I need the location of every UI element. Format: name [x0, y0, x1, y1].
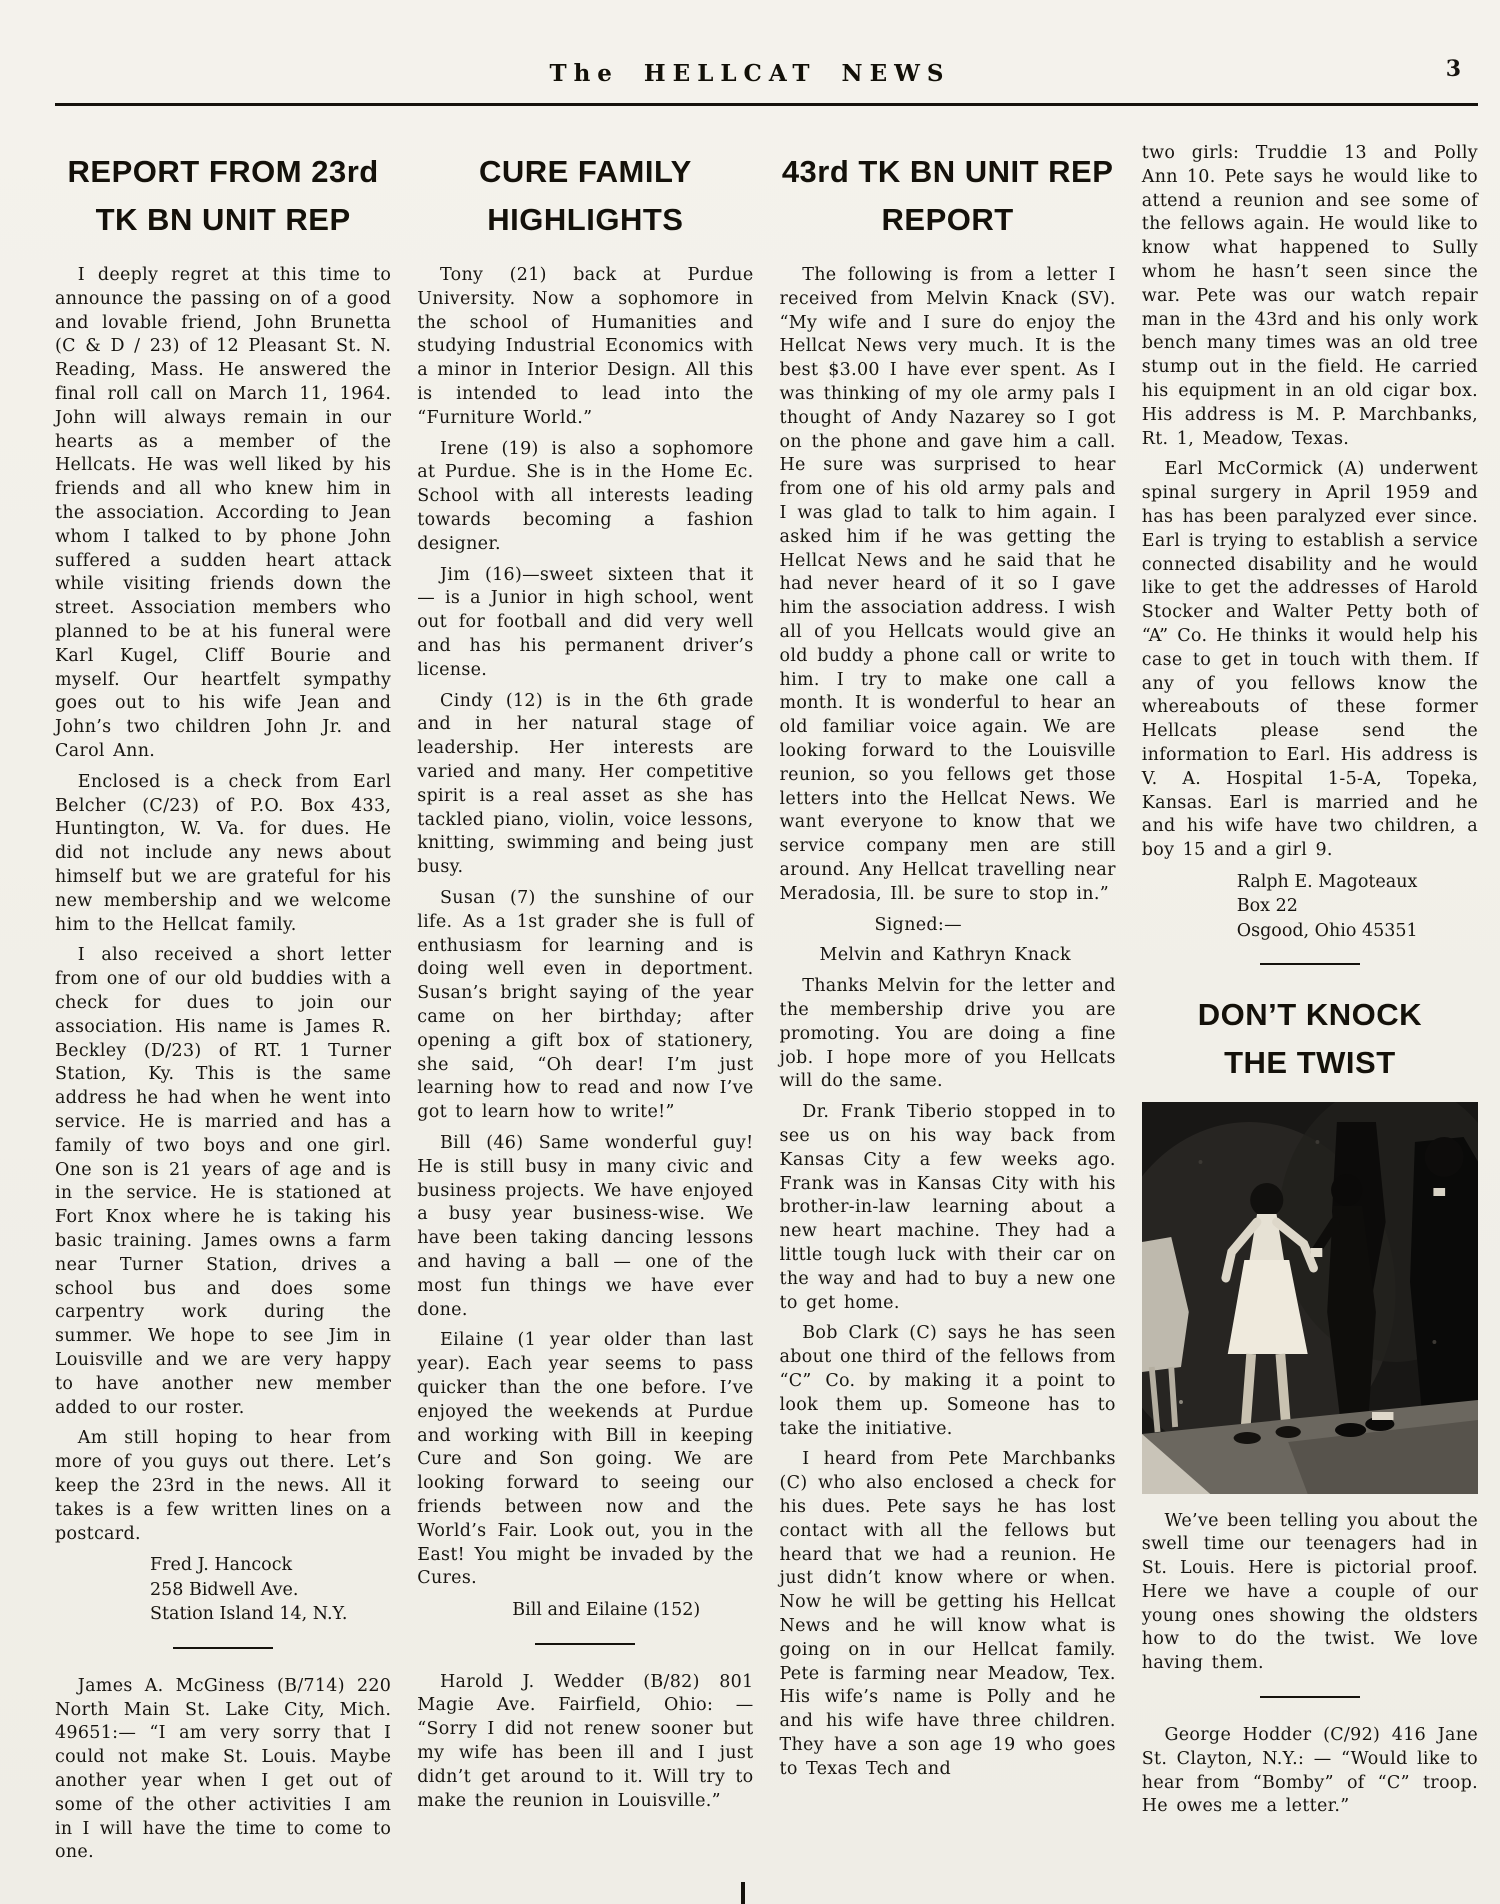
signature-city: Osgood, Ohio 45351 — [1237, 919, 1478, 944]
article-columns: REPORT FROM 23rd TK BN UNIT REP I deeply… — [55, 142, 1478, 1872]
section-divider — [1260, 1696, 1360, 1698]
article-headline-43rd-report: 43rd TK BN UNIT REP REPORT — [780, 148, 1116, 244]
paragraph: Susan (7) the sunshine of our life. As a… — [417, 887, 753, 1125]
section-divider — [1260, 963, 1360, 965]
signed-name: Melvin and Kathryn Knack — [820, 944, 1116, 968]
paragraph: I also received a short letter from one … — [55, 944, 391, 1420]
paragraph: I deeply regret at this time to announce… — [55, 264, 391, 764]
signature-name: Fred J. Hancock — [150, 1553, 391, 1578]
twist-dance-photo-art — [1142, 1102, 1478, 1494]
signature-box: Box 22 — [1237, 894, 1478, 919]
column-43rd-report: 43rd TK BN UNIT REP REPORT The following… — [780, 142, 1116, 1872]
signature-name: Bill and Eilaine (152) — [512, 1598, 753, 1623]
paragraph: Am still hoping to hear from more of you… — [55, 1427, 391, 1546]
section-divider — [535, 1643, 635, 1645]
paragraph: Eilaine (1 year older than last year). E… — [417, 1329, 753, 1591]
section-divider — [173, 1647, 273, 1649]
article-headline-23rd-report: REPORT FROM 23rd TK BN UNIT REP — [55, 148, 391, 244]
signature-name: Ralph E. Magoteaux — [1237, 870, 1478, 895]
paragraph: Dr. Frank Tiberio stopped in to see us o… — [780, 1101, 1116, 1315]
paragraph: Bob Clark (C) says he has seen about one… — [780, 1322, 1116, 1441]
article-headline-dont-knock-the-twist: DON’T KNOCK THE TWIST — [1182, 991, 1437, 1087]
signature-address: 258 Bidwell Ave. — [150, 1578, 391, 1603]
column-continuation-and-twist: two girls: Truddie 13 and Polly Ann 10. … — [1142, 142, 1478, 1872]
paragraph: Cindy (12) is in the 6th grade and in he… — [417, 690, 753, 880]
page-artifact-mark — [741, 1882, 745, 1904]
twist-dance-photo — [1142, 1102, 1478, 1494]
column-cure-family: CURE FAMILY HIGHLIGHTS Tony (21) back at… — [417, 142, 753, 1872]
paragraph: James A. McGiness (B/714) 220 North Main… — [55, 1675, 391, 1865]
newspaper-title: The HELLCAT NEWS — [549, 60, 950, 87]
paragraph: Irene (19) is also a sophomore at Purdue… — [417, 438, 753, 557]
paragraph: Harold J. Wedder (B/82) 801 Magie Ave. F… — [417, 1671, 753, 1814]
paragraph: Jim (16)—sweet sixteen that it — is a Ju… — [417, 564, 753, 683]
paragraph: The following is from a letter I receive… — [780, 264, 1116, 907]
paragraph: Earl McCormick (A) underwent spinal surg… — [1142, 458, 1478, 863]
masthead: The HELLCAT NEWS 3 — [0, 0, 1500, 106]
masthead-rule — [55, 103, 1478, 106]
signed-label: Signed:— — [875, 914, 1116, 938]
signature-block: Fred J. Hancock 258 Bidwell Ave. Station… — [150, 1553, 391, 1627]
column-report-from-23rd: REPORT FROM 23rd TK BN UNIT REP I deeply… — [55, 142, 391, 1872]
page-number: 3 — [1446, 56, 1462, 82]
signature-block: Ralph E. Magoteaux Box 22 Osgood, Ohio 4… — [1237, 870, 1478, 944]
paragraph: George Hodder (C/92) 416 Jane St. Clayto… — [1142, 1724, 1478, 1819]
article-headline-cure-family: CURE FAMILY HIGHLIGHTS — [417, 148, 753, 244]
paragraph: Bill (46) Same wonderful guy! He is stil… — [417, 1132, 753, 1322]
paragraph: Enclosed is a check from Earl Belcher (C… — [55, 771, 391, 938]
signature-city: Station Island 14, N.Y. — [150, 1602, 391, 1627]
paragraph-continuation: two girls: Truddie 13 and Polly Ann 10. … — [1142, 142, 1478, 451]
paragraph: Thanks Melvin for the letter and the mem… — [780, 975, 1116, 1094]
photo-caption: We’ve been telling you about the swell t… — [1142, 1510, 1478, 1677]
paragraph: Tony (21) back at Purdue University. Now… — [417, 264, 753, 431]
paragraph: I heard from Pete Marchbanks (C) who als… — [780, 1448, 1116, 1781]
